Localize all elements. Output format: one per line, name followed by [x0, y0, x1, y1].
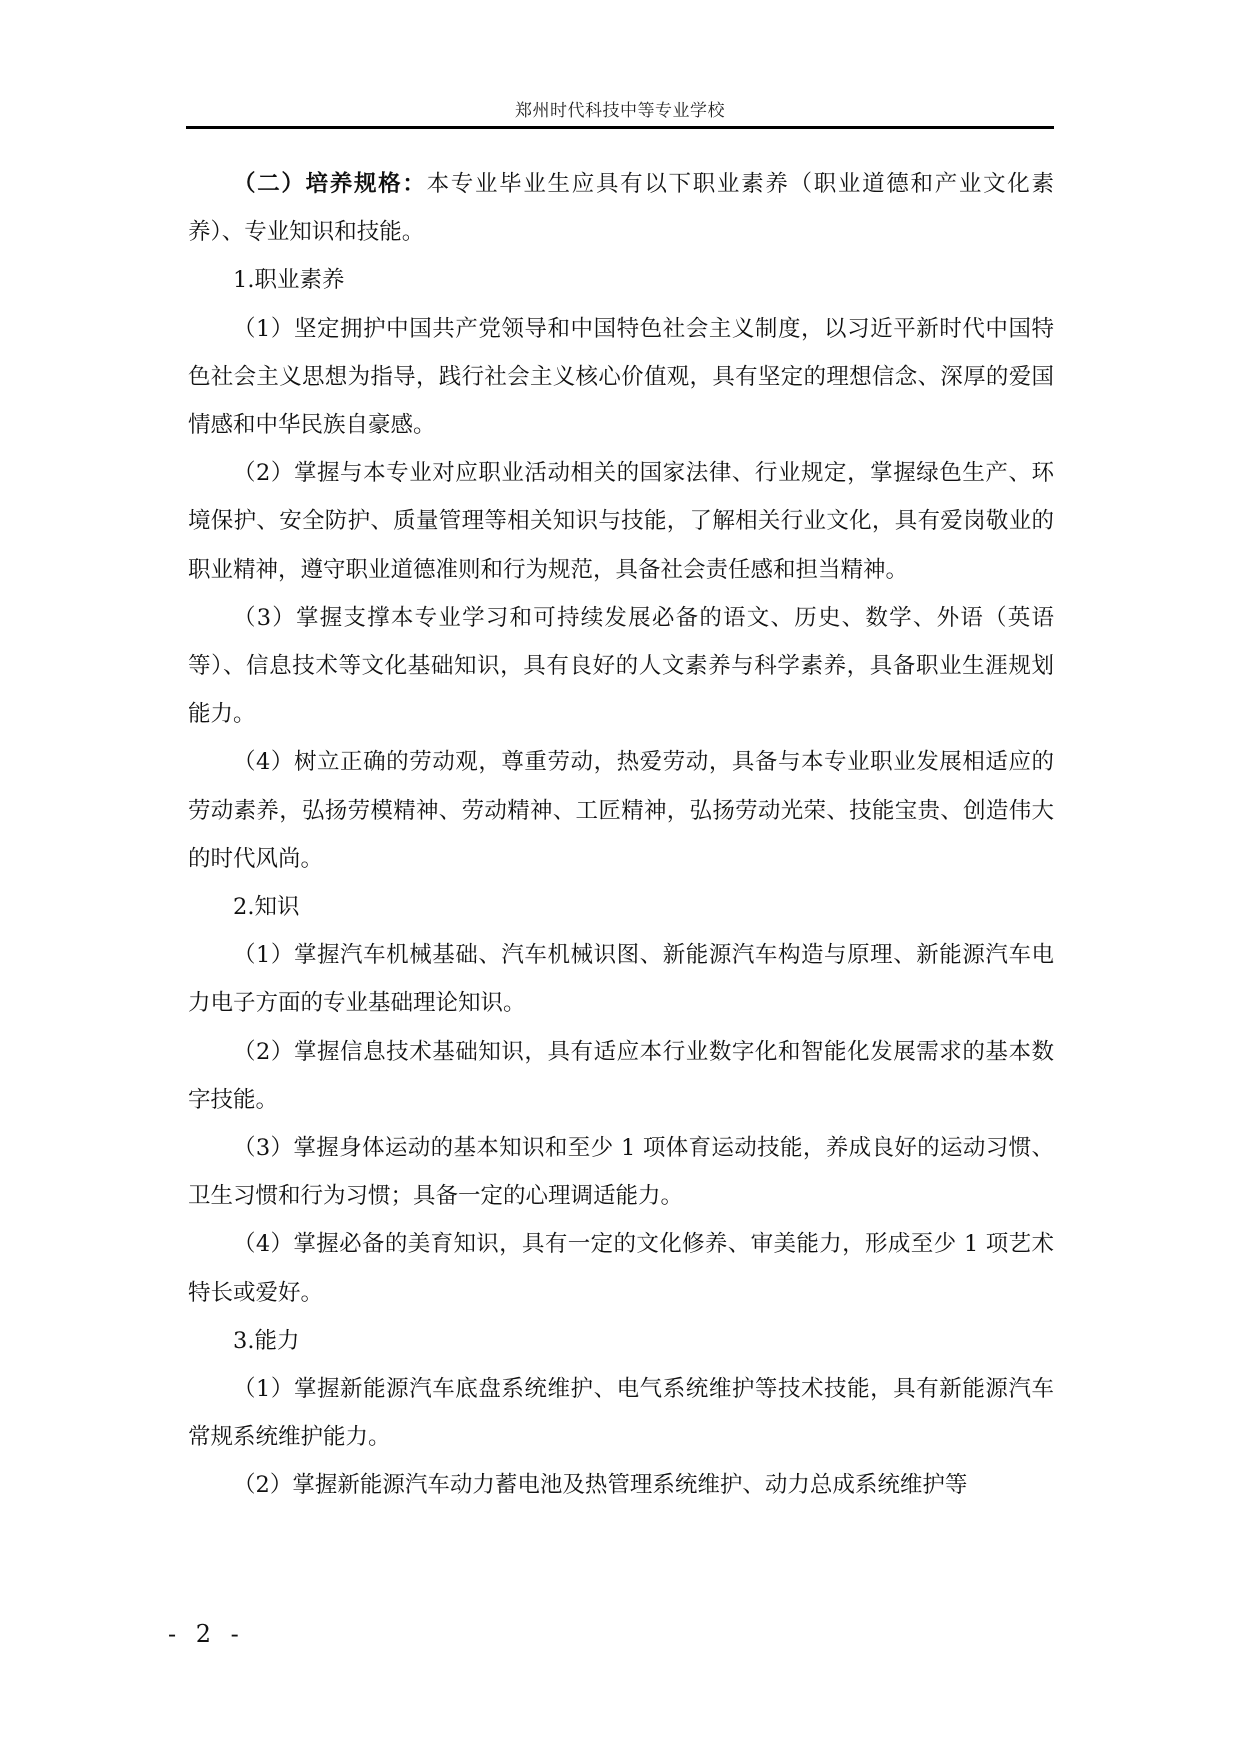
- list-item: （4）树立正确的劳动观，尊重劳动，热爱劳动，具备与本专业职业发展相适应的劳动素养…: [188, 738, 1054, 883]
- group-title-knowledge: 2.知识: [188, 883, 1054, 931]
- document-body: （二）培养规格：本专业毕业生应具有以下职业素养（职业道德和产业文化素养）、专业知…: [188, 160, 1054, 1510]
- list-item: （2）掌握新能源汽车动力蓄电池及热管理系统维护、动力总成系统维护等: [188, 1461, 1054, 1509]
- group-title-professional-quality: 1.职业素养: [188, 256, 1054, 304]
- list-item: （1）掌握新能源汽车底盘系统维护、电气系统维护等技术技能，具有新能源汽车常规系统…: [188, 1365, 1054, 1461]
- page-number: - 2 -: [168, 1620, 245, 1648]
- list-item: （3）掌握支撑本专业学习和可持续发展必备的语文、历史、数学、外语（英语等）、信息…: [188, 594, 1054, 739]
- list-item: （1）掌握汽车机械基础、汽车机械识图、新能源汽车构造与原理、新能源汽车电力电子方…: [188, 931, 1054, 1027]
- list-item: （3）掌握身体运动的基本知识和至少 1 项体育运动技能，养成良好的运动习惯、卫生…: [188, 1124, 1054, 1220]
- section-intro-paragraph: （二）培养规格：本专业毕业生应具有以下职业素养（职业道德和产业文化素养）、专业知…: [188, 160, 1054, 256]
- header-divider: [186, 126, 1054, 129]
- list-item: （2）掌握与本专业对应职业活动相关的国家法律、行业规定，掌握绿色生产、环境保护、…: [188, 449, 1054, 594]
- page-header-school-name: 郑州时代科技中等专业学校: [186, 96, 1054, 121]
- group-title-ability: 3.能力: [188, 1317, 1054, 1365]
- section-heading: （二）培养规格：: [233, 171, 427, 197]
- list-item: （4）掌握必备的美育知识，具有一定的文化修养、审美能力，形成至少 1 项艺术特长…: [188, 1220, 1054, 1316]
- list-item: （1）坚定拥护中国共产党领导和中国特色社会主义制度，以习近平新时代中国特色社会主…: [188, 305, 1054, 450]
- list-item: （2）掌握信息技术基础知识，具有适应本行业数字化和智能化发展需求的基本数字技能。: [188, 1028, 1054, 1124]
